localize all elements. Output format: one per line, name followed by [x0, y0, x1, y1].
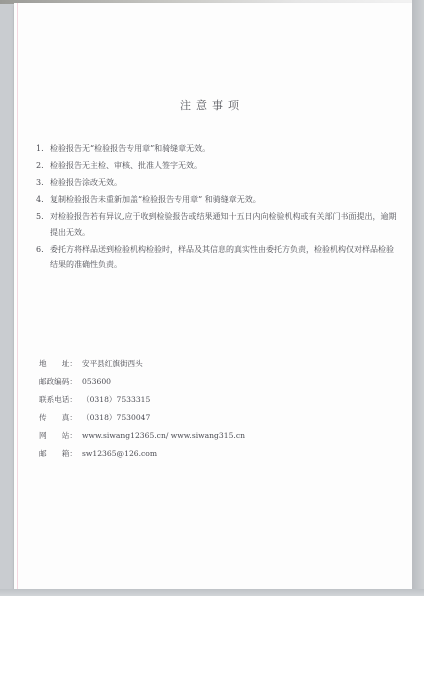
- contact-info: 地 址：安平县红旗街西头 邮政编码：053600 联系电话：（0318）7533…: [39, 355, 339, 463]
- contact-website: 网 站：www.siwang12365.cn/ www.siwang315.cn: [39, 427, 339, 445]
- contact-value: www.siwang12365.cn/ www.siwang315.cn: [82, 431, 245, 440]
- note-number: 5.: [36, 209, 44, 225]
- contact-value: 053600: [82, 377, 111, 386]
- note-text: 检验报告无“检验报告专用章”和骑缝章无效。: [50, 144, 210, 153]
- contact-fax: 传 真：（0318）7530047: [39, 409, 339, 427]
- note-number: 4.: [36, 192, 44, 208]
- note-text: 委托方将样品送到检验机构检验时，样品及其信息的真实性由委托方负责，检验机构仅对样…: [50, 245, 394, 270]
- contact-address: 地 址：安平县红旗街西头: [39, 355, 339, 373]
- contact-phone: 联系电话：（0318）7533315: [39, 391, 339, 409]
- contact-value: （0318）7530047: [82, 413, 150, 422]
- contact-label: 网 站：: [39, 427, 82, 445]
- notes-list: 1. 检验报告无“检验报告专用章”和骑缝章无效。 2. 检验报告无主检、审核、批…: [36, 141, 400, 274]
- contact-email: 邮 箱：sw12365@126.com: [39, 445, 339, 463]
- note-text: 检验报告无主检、审核、批准人签字无效。: [50, 161, 202, 170]
- contact-label: 联系电话：: [39, 391, 82, 409]
- contact-postcode: 邮政编码：053600: [39, 373, 339, 391]
- note-text: 复制检验报告未重新加盖“检验报告专用章” 和骑缝章无效。: [50, 195, 261, 204]
- page-margin-line: [17, 3, 18, 590]
- contact-label: 邮 箱：: [39, 445, 82, 463]
- note-number: 6.: [36, 242, 44, 258]
- scan-right-edge: [412, 0, 424, 596]
- note-item: 2. 检验报告无主检、审核、批准人签字无效。: [36, 158, 400, 174]
- note-item: 5. 对检验报告若有异议,应于收到检验报告或结果通知十五日内向检验机构或有关部门…: [36, 209, 400, 240]
- note-number: 1.: [36, 141, 44, 157]
- scan-bottom-edge: [0, 589, 424, 596]
- contact-value: （0318）7533315: [82, 395, 150, 404]
- note-text: 对检验报告若有异议,应于收到检验报告或结果通知十五日内向检验机构或有关部门书面提…: [50, 212, 397, 237]
- note-number: 2.: [36, 158, 44, 174]
- note-item: 6. 委托方将样品送到检验机构检验时，样品及其信息的真实性由委托方负责，检验机构…: [36, 242, 400, 273]
- note-item: 4. 复制检验报告未重新加盖“检验报告专用章” 和骑缝章无效。: [36, 192, 400, 208]
- note-text: 检验报告涂改无效。: [50, 178, 122, 187]
- contact-label: 地 址：: [39, 355, 82, 373]
- document-page: [14, 3, 412, 590]
- contact-label: 邮政编码：: [39, 373, 82, 391]
- contact-value: 安平县红旗街西头: [82, 359, 143, 368]
- contact-label: 传 真：: [39, 409, 82, 427]
- page-title: 注意事项: [0, 97, 424, 113]
- contact-value: sw12365@126.com: [82, 449, 157, 458]
- note-item: 3. 检验报告涂改无效。: [36, 175, 400, 191]
- note-number: 3.: [36, 175, 44, 191]
- note-item: 1. 检验报告无“检验报告专用章”和骑缝章无效。: [36, 141, 400, 157]
